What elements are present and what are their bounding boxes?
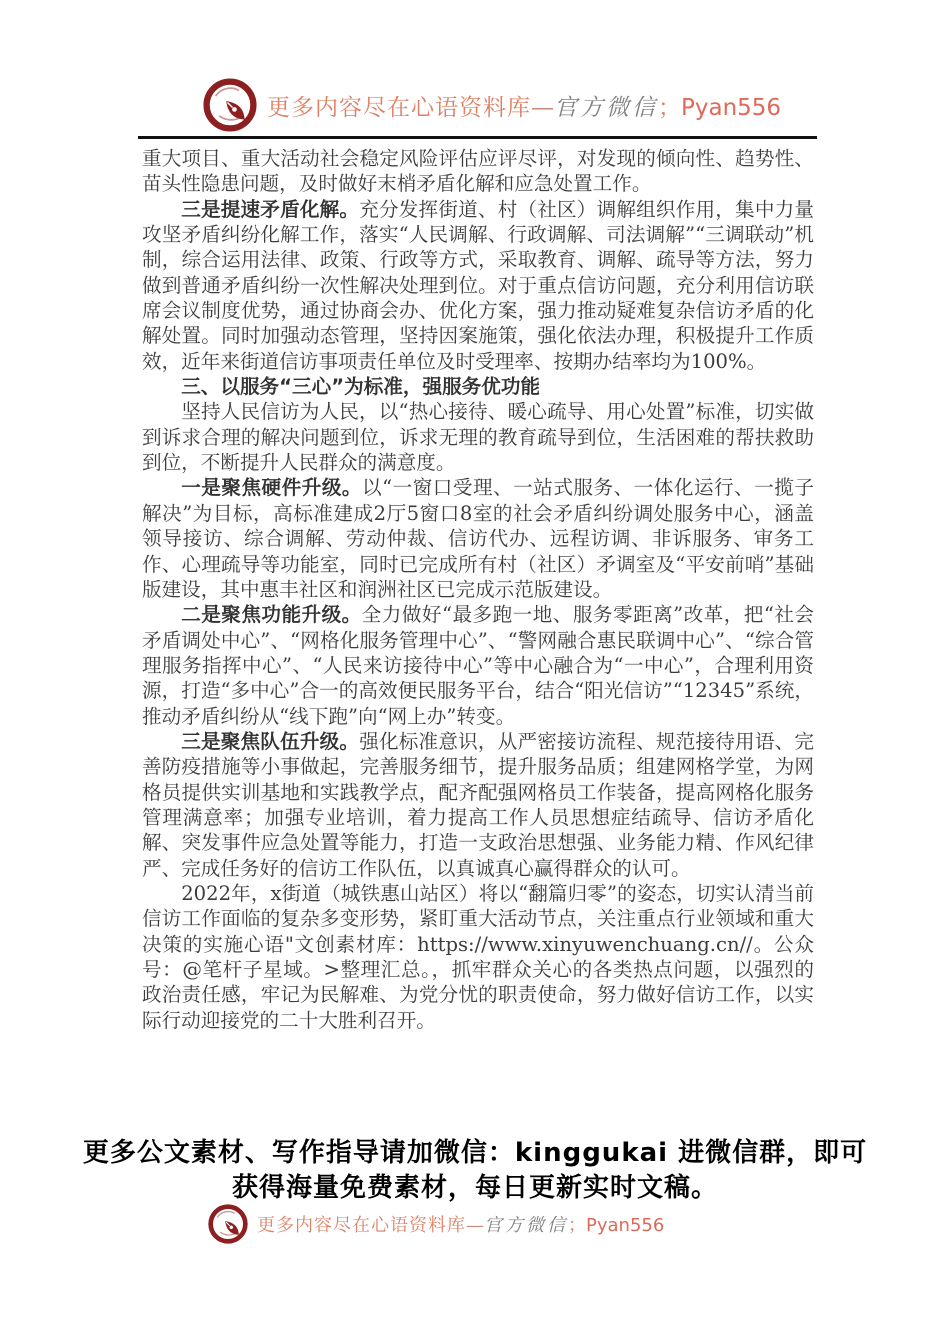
paragraph-text: 坚持人民信访为人民，以“热心接待、暖心疏导、用心处置”标准，切实做到诉求合理的解… [142, 400, 814, 474]
footer-brand: 更多内容尽在心语资料库—官方微信；Pyan556 [208, 1204, 664, 1244]
brand-pen-logo-icon [208, 1204, 248, 1244]
paragraph-lead: 三是聚焦队伍升级。 [181, 730, 359, 753]
paragraph-speed-up-resolution: 三是提速矛盾化解。充分发挥街道、村（社区）调解组织作用，集中力量攻坚矛盾纠纷化解… [142, 197, 814, 374]
brand-separator: ； [658, 95, 681, 121]
section-heading-three: 三、以服务“三心”为标准，强服务优功能 [142, 374, 814, 399]
paragraph-continuation: 重大项目、重大活动社会稳定风险评估应评尽评，对发现的倾向性、趋势性、苗头性隐患问… [142, 146, 814, 197]
paragraph-team-upgrade: 三是聚焦队伍升级。强化标准意识，从严密接访流程、规范接待用语、完善防疫措施等小事… [142, 729, 814, 881]
brand-separator: ； [568, 1215, 586, 1236]
paragraph-lead: 三是提速矛盾化解。 [181, 198, 359, 221]
brand-wechat-id: Pyan556 [681, 95, 781, 121]
header-brand: 更多内容尽在心语资料库—官方微信；Pyan556 [203, 78, 781, 132]
paragraph-text: 充分发挥街道、村（社区）调解组织作用，集中力量攻坚矛盾纠纷化解工作，落实“人民调… [142, 198, 814, 373]
paragraph-function-upgrade: 二是聚焦功能升级。全力做好“最多跑一地、服务零距离”改革，把“社会矛盾调处中心”… [142, 602, 814, 729]
promo-line-2: 获得海量免费素材，每日更新实时文稿。 [0, 1171, 950, 1206]
brand-dash: — [531, 95, 554, 121]
paragraph-lead: 二是聚焦功能升级。 [181, 603, 362, 626]
paragraph-2022-outlook: 2022年，x街道（城铁惠山站区）将以“翻篇归零”的姿态，切实认清当前信访工作面… [142, 881, 814, 1033]
brand-wechat-label: 官方微信 [554, 95, 658, 121]
brand-site-name: 更多内容尽在心语资料库 [267, 95, 531, 121]
brand-wechat-label: 官方微信 [484, 1215, 568, 1236]
brand-dash: — [466, 1215, 484, 1236]
brand-tagline: 更多内容尽在心语资料库—官方微信；Pyan556 [257, 1211, 664, 1237]
document-page: 更多内容尽在心语资料库—官方微信；Pyan556 重大项目、重大活动社会稳定风险… [0, 0, 950, 1344]
promo-notice: 更多公文素材、写作指导请加微信：kinggukai 进微信群，即可 获得海量免费… [0, 1136, 950, 1206]
paragraph-people-petition: 坚持人民信访为人民，以“热心接待、暖心疏导、用心处置”标准，切实做到诉求合理的解… [142, 399, 814, 475]
document-body: 重大项目、重大活动社会稳定风险评估应评尽评，对发现的倾向性、趋势性、苗头性隐患问… [142, 146, 814, 1033]
paragraph-lead: 一是聚焦硬件升级。 [181, 476, 362, 499]
brand-site-name: 更多内容尽在心语资料库 [257, 1215, 466, 1236]
heading-text: 三、以服务“三心”为标准，强服务优功能 [181, 375, 540, 398]
brand-tagline: 更多内容尽在心语资料库—官方微信；Pyan556 [267, 89, 781, 122]
brand-wechat-id: Pyan556 [586, 1215, 664, 1236]
paragraph-hardware-upgrade: 一是聚焦硬件升级。以“一窗口受理、一站式服务、一体化运行、一揽子解决”为目标，高… [142, 475, 814, 602]
brand-pen-logo-icon [203, 78, 257, 132]
promo-line-1: 更多公文素材、写作指导请加微信：kinggukai 进微信群，即可 [0, 1136, 950, 1171]
paragraph-text: 重大项目、重大活动社会稳定风险评估应评尽评，对发现的倾向性、趋势性、苗头性隐患问… [142, 147, 814, 195]
header-divider [138, 136, 817, 139]
paragraph-text: 2022年，x街道（城铁惠山站区）将以“翻篇归零”的姿态，切实认清当前信访工作面… [142, 882, 814, 1032]
